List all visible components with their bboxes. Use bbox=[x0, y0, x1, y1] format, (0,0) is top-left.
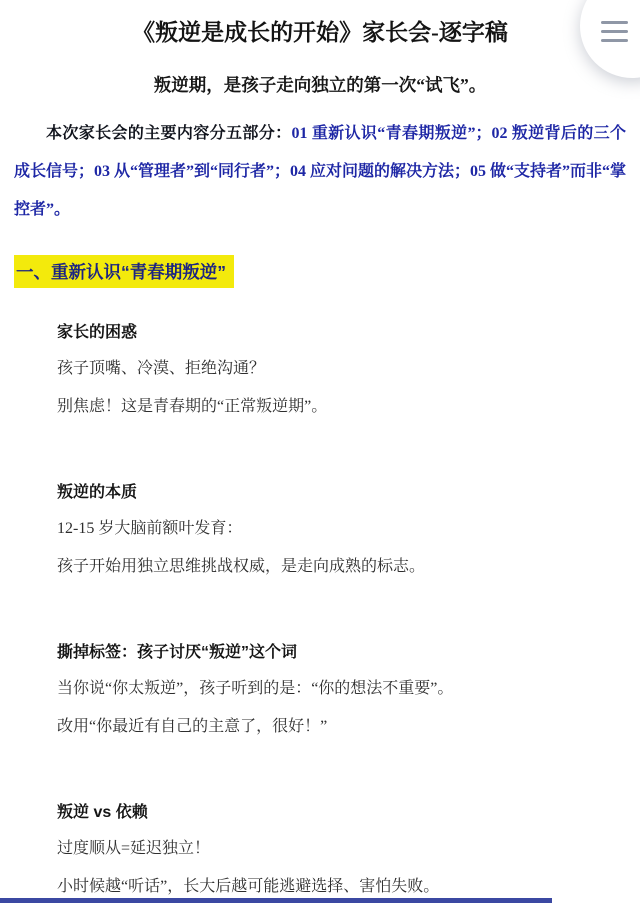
group-remove-label: 撕掉标签：孩子讨厌“叛逆”这个词 当你说“你太叛逆”，孩子听到的是：“你的想法不… bbox=[57, 638, 606, 746]
document-page: 《叛逆是成长的开始》家长会-逐字稿 叛逆期，是孩子走向独立的第一次“试飞”。 本… bbox=[0, 0, 640, 903]
group-title: 叛逆的本质 bbox=[57, 478, 606, 508]
body-line: 过度顺从=延迟独立！ bbox=[57, 830, 606, 868]
section-1-heading-row: 一、重新认识“青春期叛逆” bbox=[14, 255, 626, 288]
hamburger-icon bbox=[601, 21, 628, 42]
group-rebellion-vs-dependence: 叛逆 vs 依赖 过度顺从=延迟独立！ 小时候越“听话”，长大后越可能逃避选择、… bbox=[57, 798, 606, 903]
section-1-heading: 一、重新认识“青春期叛逆” bbox=[14, 255, 234, 288]
group-title: 撕掉标签：孩子讨厌“叛逆”这个词 bbox=[57, 638, 606, 668]
page-subtitle: 叛逆期，是孩子走向独立的第一次“试飞”。 bbox=[14, 72, 626, 97]
group-title: 叛逆 vs 依赖 bbox=[57, 798, 606, 828]
body-line: 孩子顶嘴、冷漠、拒绝沟通？ bbox=[57, 350, 606, 388]
intro-paragraph: 本次家长会的主要内容分五部分：01 重新认识“青春期叛逆”；02 叛逆背后的三个… bbox=[14, 115, 626, 229]
intro-lead-text: 本次家长会的主要内容分五部分： bbox=[46, 125, 291, 142]
body-line: 12-15 岁大脑前额叶发育： bbox=[57, 510, 606, 548]
group-parents-confusion: 家长的困惑 孩子顶嘴、冷漠、拒绝沟通？ 别焦虑！这是青春期的“正常叛逆期”。 bbox=[57, 318, 606, 426]
body-line: 别焦虑！这是青春期的“正常叛逆期”。 bbox=[57, 388, 606, 426]
page-title: 《叛逆是成长的开始》家长会-逐字稿 bbox=[14, 18, 626, 48]
next-section-highlight-sliver bbox=[0, 898, 552, 903]
section-1-content: 家长的困惑 孩子顶嘴、冷漠、拒绝沟通？ 别焦虑！这是青春期的“正常叛逆期”。 叛… bbox=[57, 318, 606, 903]
group-title: 家长的困惑 bbox=[57, 318, 606, 348]
group-nature-of-rebellion: 叛逆的本质 12-15 岁大脑前额叶发育： 孩子开始用独立思维挑战权威，是走向成… bbox=[57, 478, 606, 586]
body-line: 当你说“你太叛逆”，孩子听到的是：“你的想法不重要”。 bbox=[57, 670, 606, 708]
body-line: 改用“你最近有自己的主意了，很好！” bbox=[57, 708, 606, 746]
body-line: 孩子开始用独立思维挑战权威，是走向成熟的标志。 bbox=[57, 548, 606, 586]
